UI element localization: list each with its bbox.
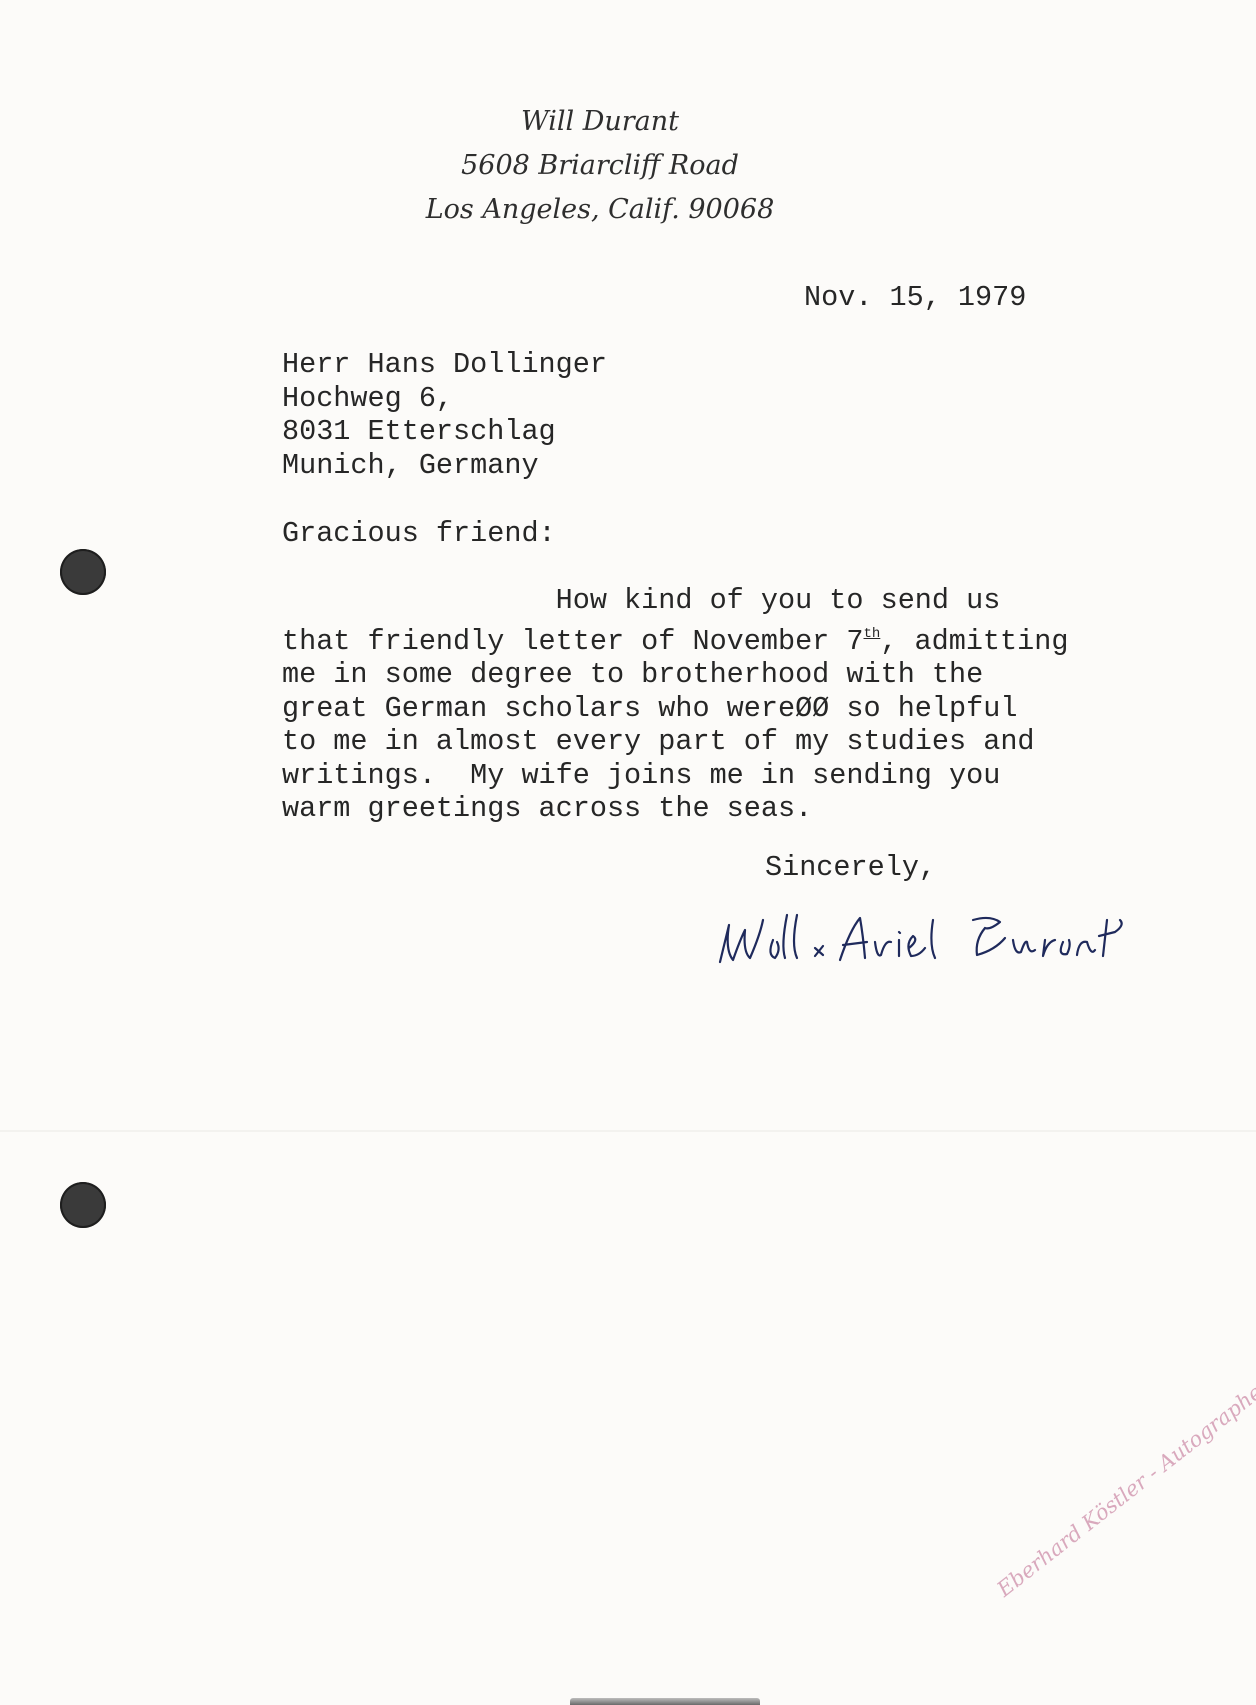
letter-date: Nov. 15, 1979 — [804, 281, 1026, 315]
recipient-line: Herr Hans Dollinger — [282, 348, 607, 382]
letter-page: Will Durant 5608 Briarcliff Road Los Ang… — [0, 0, 1256, 1705]
body-line: that friendly letter of November 7th, ad… — [282, 618, 1068, 659]
handwritten-signature — [715, 900, 1215, 975]
body-line: great German scholars who wereØØ so help… — [282, 692, 1068, 726]
body-line: How kind of you to send us — [282, 584, 1068, 618]
letter-body: How kind of you to send usthat friendly … — [282, 584, 1068, 826]
page-bottom-edge — [570, 1698, 760, 1705]
letterhead-name: Will Durant — [400, 100, 800, 144]
punch-hole — [60, 549, 106, 595]
ordinal-suffix: th — [864, 626, 881, 642]
salutation: Gracious friend: — [282, 517, 556, 551]
letterhead-city: Los Angeles, Calif. 90068 — [400, 188, 800, 232]
dealer-watermark: Eberhard Köstler - Autographen & Bücher — [993, 1305, 1256, 1602]
punch-hole — [60, 1182, 106, 1228]
letterhead-street: 5608 Briarcliff Road — [400, 144, 800, 188]
body-line: me in some degree to brotherhood with th… — [282, 658, 1068, 692]
closing: Sincerely, — [765, 851, 936, 885]
letterhead: Will Durant 5608 Briarcliff Road Los Ang… — [400, 100, 800, 232]
body-line: to me in almost every part of my studies… — [282, 725, 1068, 759]
recipient-line: 8031 Etterschlag — [282, 415, 607, 449]
recipient-line: Hochweg 6, — [282, 382, 607, 416]
body-text-fragment: , admitting — [880, 625, 1068, 658]
body-text-fragment: that friendly letter of November 7 — [282, 625, 864, 658]
body-line: warm greetings across the seas. — [282, 792, 1068, 826]
paper-fold-line — [0, 1130, 1256, 1132]
body-line: writings. My wife joins me in sending yo… — [282, 759, 1068, 793]
recipient-address: Herr Hans DollingerHochweg 6,8031 Etters… — [282, 348, 607, 482]
recipient-line: Munich, Germany — [282, 449, 607, 483]
